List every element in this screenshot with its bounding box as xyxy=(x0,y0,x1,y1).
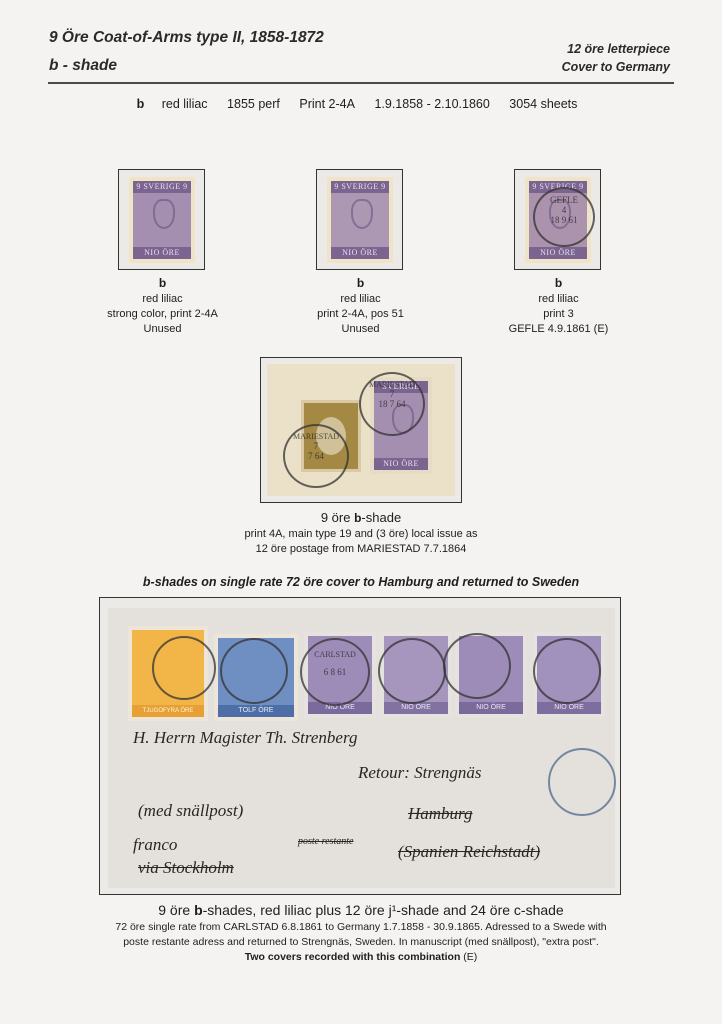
postmark-carlstad-4 xyxy=(378,638,446,704)
spec-print: Print 2-4A xyxy=(299,97,355,111)
coat-of-arms-icon xyxy=(351,199,373,229)
spec-perf: 1855 perf xyxy=(227,97,280,111)
stamp-caption-2: b red liliac print 2-4A, pos 51 Unused xyxy=(288,276,433,337)
stamp-value-text: NIO ÖRE xyxy=(331,247,389,259)
caption-line2: print 2-4A, pos 51 xyxy=(317,308,404,320)
stamp-value-text: TJUGOFYRA ÖRE xyxy=(132,705,204,717)
stamp-frame-1: 9 SVERIGE 9 NIO ÖRE xyxy=(118,169,205,270)
stamp-image-2: 9 SVERIGE 9 NIO ÖRE xyxy=(327,177,393,263)
cover-caption-line2: 72 öre single rate from CARLSTAD 6.8.186… xyxy=(40,920,682,935)
caption-bold: b xyxy=(194,902,203,918)
postmark-city: GEFLE xyxy=(535,195,593,205)
address-line5: franco xyxy=(133,835,177,855)
stamp-value-text: NIO ÖRE xyxy=(384,702,448,714)
postmark-mariestad-2: MARIESTAD 7 7 64 xyxy=(283,424,349,488)
postmark-city: MARIESTAD xyxy=(285,432,347,441)
cover-caption-line3: poste restante adress and returned to St… xyxy=(40,935,682,950)
letterpiece-paper: SVERIGE NIO ÖRE MARIESTAD 7 18 7 64 MARI… xyxy=(267,364,455,496)
postmark-carlstad-5 xyxy=(443,633,511,699)
stamp-top-text: 9 SVERIGE 9 xyxy=(133,181,191,193)
address-line3: (med snällpost) xyxy=(138,801,243,821)
postmark-day: 7 xyxy=(285,441,347,451)
postmark-date: 18 9 61 xyxy=(535,215,593,225)
caption-line3: GEFLE 4.9.1861 (E) xyxy=(509,323,609,335)
letterpiece-caption-line2: print 4A, main type 19 and (3 öre) local… xyxy=(245,528,478,540)
letterpiece-caption-title: 9 öre b-shade xyxy=(321,510,401,525)
stamp-value-text: NIO ÖRE xyxy=(374,458,428,470)
postmark-city: MARIESTAD xyxy=(361,380,423,389)
header-right-line1: 12 öre letterpiece xyxy=(567,42,670,56)
caption-line2: print 3 xyxy=(543,308,574,320)
caption-line1: red liliac xyxy=(340,293,380,305)
postmark-carlstad-6 xyxy=(533,638,601,704)
page-title: 9 Öre Coat-of-Arms type II, 1858-1872 xyxy=(49,29,324,47)
letterpiece-caption: 9 öre b-shade print 4A, main type 19 and… xyxy=(200,510,522,557)
spec-shade: b xyxy=(137,97,145,111)
postmark-city: CARLSTAD xyxy=(302,650,368,659)
postmark-gefle: GEFLE 4 18 9 61 xyxy=(533,187,595,247)
spec-color: red liliac xyxy=(162,97,208,111)
shade-specs: b red liliac 1855 perf Print 2-4A 1.9.18… xyxy=(0,97,722,111)
caption-line3: Unused xyxy=(342,323,380,335)
caption-line2: strong color, print 2-4A xyxy=(107,308,218,320)
caption-shade: b xyxy=(357,276,364,290)
postmark-carlstad-3: CARLSTAD 6 8 61 xyxy=(300,638,370,706)
cover-section-title: b-shades on single rate 72 öre cover to … xyxy=(0,575,722,589)
cover-caption: 9 öre b-shades, red liliac plus 12 öre j… xyxy=(40,901,682,965)
spec-sheets: 3054 sheets xyxy=(509,97,577,111)
stamp-image-1: 9 SVERIGE 9 NIO ÖRE xyxy=(129,177,195,263)
stamp-value-text: NIO ÖRE xyxy=(133,247,191,259)
address-line8: (Spanien Reichstadt) xyxy=(398,842,540,862)
address-line6: via Stockholm xyxy=(138,858,234,878)
caption-pre: 9 öre xyxy=(321,510,354,525)
caption-line3: Unused xyxy=(144,323,182,335)
address-line7: poste restante xyxy=(298,836,353,847)
address-line4: Hamburg xyxy=(408,804,473,824)
cover-caption-title: 9 öre b-shades, red liliac plus 12 öre j… xyxy=(40,901,682,920)
letterpiece-caption-line3: 12 öre postage from MARIESTAD 7.7.1864 xyxy=(256,543,467,555)
caption-shade: b xyxy=(555,276,562,290)
stamp-value-text: NIO ÖRE xyxy=(459,702,523,714)
stamp-value-text: TOLF ÖRE xyxy=(218,705,294,717)
header-divider xyxy=(48,82,674,84)
caption-bold: Two covers recorded with this combinatio… xyxy=(245,951,461,963)
address-line2: Retour: Strengnäs xyxy=(358,763,482,783)
address-line1: H. Herrn Magister Th. Strenberg xyxy=(133,728,357,748)
stamp-image-3: 9 SVERIGE 9 NIO ÖRE GEFLE 4 18 9 61 xyxy=(525,177,591,263)
stamp-frame-2: 9 SVERIGE 9 NIO ÖRE xyxy=(316,169,403,270)
postmark-blue-transit xyxy=(548,748,616,816)
postmark-mariestad-1: MARIESTAD 7 18 7 64 xyxy=(359,372,425,436)
postmark-date: 7 64 xyxy=(285,451,347,461)
stamp-top-text: 9 SVERIGE 9 xyxy=(331,181,389,193)
postmark-date: 6 8 61 xyxy=(302,667,368,677)
letterpiece-frame: SVERIGE NIO ÖRE MARIESTAD 7 18 7 64 MARI… xyxy=(260,357,462,503)
postmark-carlstad-1 xyxy=(152,636,216,700)
stamp-frame-3: 9 SVERIGE 9 NIO ÖRE GEFLE 4 18 9 61 xyxy=(514,169,601,270)
postmark-day: 4 xyxy=(535,205,593,215)
stamp-caption-3: b red liliac print 3 GEFLE 4.9.1861 (E) xyxy=(486,276,631,337)
cover-frame: TJUGOFYRA ÖRE TOLF ÖRE NIO ÖRE NIO ÖRE N… xyxy=(99,597,621,895)
spec-period: 1.9.1858 - 2.10.1860 xyxy=(374,97,489,111)
coat-of-arms-icon xyxy=(153,199,175,229)
caption-pre: 9 öre xyxy=(158,902,194,918)
caption-shade: b xyxy=(159,276,166,290)
postmark-carlstad-2 xyxy=(220,638,288,704)
postmark-date: 18 7 64 xyxy=(361,399,423,409)
caption-post: -shades, red liliac plus 12 öre j¹-shade… xyxy=(203,902,564,918)
header-right-line2: Cover to Germany xyxy=(562,60,670,74)
cover-caption-line4: Two covers recorded with this combinatio… xyxy=(40,950,682,965)
caption-post: -shade xyxy=(361,510,401,525)
stamp-value-text: NIO ÖRE xyxy=(529,247,587,259)
caption-post: (E) xyxy=(460,951,477,963)
page-subtitle: b - shade xyxy=(49,57,117,75)
postmark-day: 7 xyxy=(361,389,423,399)
stamp-caption-1: b red liliac strong color, print 2-4A Un… xyxy=(90,276,235,337)
caption-line1: red liliac xyxy=(538,293,578,305)
cover-envelope: TJUGOFYRA ÖRE TOLF ÖRE NIO ÖRE NIO ÖRE N… xyxy=(108,608,615,888)
caption-line1: red liliac xyxy=(142,293,182,305)
